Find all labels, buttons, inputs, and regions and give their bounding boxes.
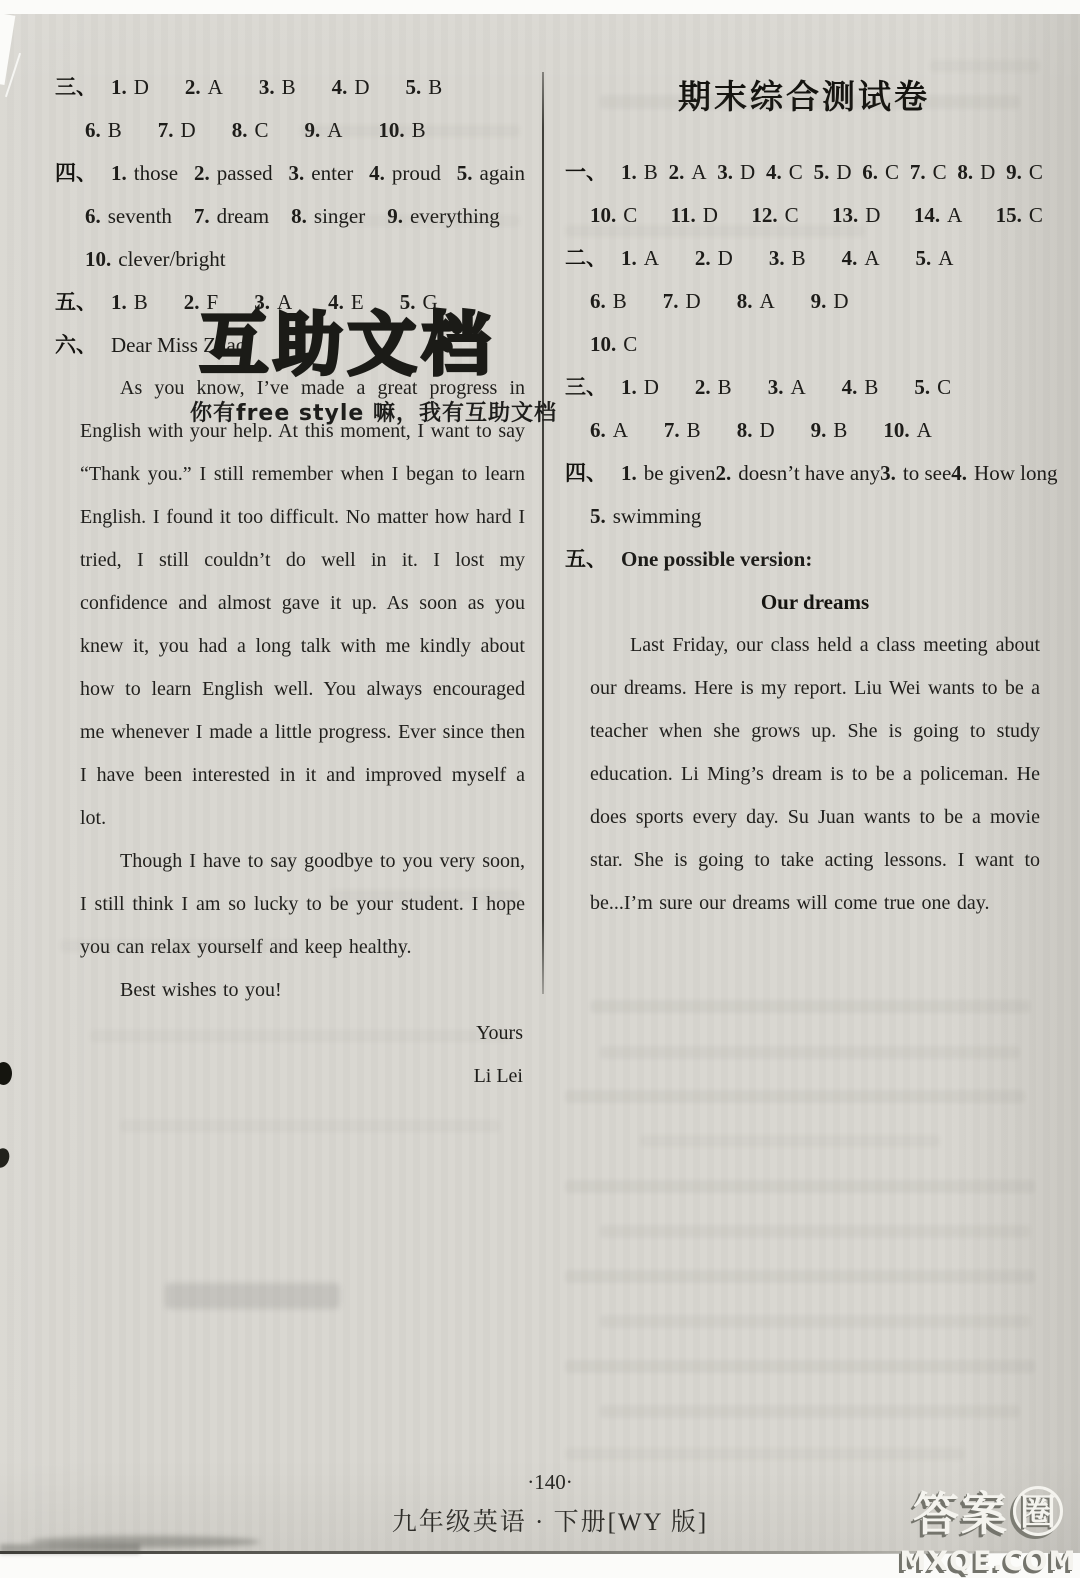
column-divider [542,72,544,994]
right-column: 期末综合测试卷 一、 1.B2.A3.D4.C5.D6.C7.C8.D9.C 1… [565,75,1043,925]
section-marker: 四、 [55,152,97,195]
answer-row: 6.A7.B8.D9.B10.A [565,409,1043,452]
answer-item: 8.C [232,109,269,152]
answer-item: 9.D [811,280,849,323]
bleed-smudge [565,1360,1035,1373]
watermark-title: 互助文档 [200,312,496,380]
answer-items: 1.D2.B3.A4.B5.C [621,366,1043,409]
answer-item: 3.D [717,151,755,194]
page-number: ·140· [490,1470,610,1495]
answer-items: 6.B7.D8.A9.D [590,280,1043,323]
answer-item: 8.D [957,151,995,194]
letter: As you know, I’ve made a great progress … [80,367,525,1098]
answer-item: 9.B [811,409,848,452]
answer-row: 二、 1.A2.D3.B4.A5.A [565,237,1043,280]
answer-item: 7.B [664,409,701,452]
answer-item: 6.B [590,280,627,323]
section-marker: 四、 [565,452,607,495]
answer-item: 6.seventh [85,195,172,238]
book-footer: 九年级英语 · 下册[WY 版] [390,1502,710,1538]
bleed-smudge [600,1315,1030,1328]
answer-item: 10.clever/bright [85,238,226,281]
answer-items: 10.clever/bright [85,238,525,281]
answer-item: 3.A [768,366,806,409]
answer-item: 2.A [185,66,223,109]
letter-signature: Li Lei [80,1055,525,1098]
answer-items: 1.B2.A3.D4.C5.D6.C7.C8.D9.C [621,151,1043,194]
answer-item: 3.B [259,66,296,109]
answer-item: 5.B [406,66,443,109]
section-marker: 五、 [565,538,607,581]
bleed-smudge [565,1180,1035,1193]
answer-item: 1.B [111,281,148,324]
answer-item: 4.proud [369,152,441,195]
answer-item: 1.B [621,151,658,194]
answer-item: 3.enter [289,152,354,195]
bleed-smudge [565,1090,1025,1103]
answer-item: 1.those [111,152,178,195]
bleed-smudge [120,1120,500,1132]
answer-item: 10.A [883,409,931,452]
answer-row: 5.swimming [565,495,1043,538]
answer-item: 5.C [914,366,951,409]
section-marker: 三、 [565,366,607,409]
answer-items: 1.those2.passed3.enter4.proud5.again [111,152,525,195]
answer-row: 一、 1.B2.A3.D4.C5.D6.C7.C8.D9.C [565,151,1043,194]
essay: Our dreams Last Friday, our class held a… [590,581,1040,925]
section-marker: 六、 [55,324,97,367]
answer-row: 10.C [565,323,1043,366]
bleed-smudge [600,1225,1030,1238]
brand-site-url: MXQE.COM [898,1546,1078,1577]
bleed-smudge [300,125,520,137]
answer-items: 1.D2.A3.B4.D5.B [111,66,525,109]
section-marker: 二、 [565,237,607,280]
watermark-tagline: 你有free style 嘛，我有互助文档 [190,396,557,427]
answer-item: 6.B [85,109,122,152]
answer-item: 5.D [814,151,852,194]
answer-item: 8.D [737,409,775,452]
answer-row: 四、 1.be given2.doesn’t have any3.to see4… [565,452,1043,495]
answer-row: 三、 1.D2.A3.B4.D5.B [55,66,525,109]
section-marker: 三、 [55,66,97,109]
bleed-smudge [330,890,520,902]
bleed-smudge [600,1405,1020,1418]
answer-item: 9.C [1006,151,1043,194]
brand-name: 答案 圈 [898,1478,1078,1544]
essay-body: Last Friday, our class held a class meet… [590,624,1040,925]
answer-item: 2.A [669,151,707,194]
answer-item: 4.C [766,151,803,194]
bleed-smudge [600,95,1020,109]
answer-item: 7.C [910,151,947,194]
answer-item: 4.D [332,66,370,109]
answer-row: 五、 One possible version: [565,538,1043,581]
answer-item: 10.C [590,323,637,366]
answer-items: 6.A7.B8.D9.B10.A [590,409,1043,452]
answer-item: 4.B [842,366,879,409]
answer-item: 7.D [158,109,196,152]
bleed-smudge [565,1448,965,1460]
answer-item: 5.swimming [590,495,701,538]
answer-items: 10.C [590,323,1043,366]
answer-item: 1.be given [621,452,715,495]
brand-circled-char: 圈 [1013,1486,1063,1536]
bleed-smudge [590,1000,1030,1013]
answer-items: 5.swimming [590,495,1043,538]
answer-item: 4.How long [951,452,1057,495]
bleed-smudge [165,1283,340,1309]
answer-item: 2.passed [194,152,273,195]
bleed-smudge [60,940,300,952]
answer-item: 15.C [996,194,1043,237]
answer-item: 2.doesn’t have any [715,452,880,495]
possible-version-label: One possible version: [621,538,812,581]
answer-row: 10.clever/bright [55,238,525,281]
bleed-smudge [350,215,520,227]
answer-item: 14.A [914,194,962,237]
answer-row: 6.B7.D8.A9.D [565,280,1043,323]
answer-row: 三、 1.D2.B3.A4.B5.C [565,366,1043,409]
answer-item: 5.A [916,237,954,280]
answer-item: 5.again [457,152,525,195]
answer-items: 1.A2.D3.B4.A5.A [621,237,1043,280]
bleed-smudge [640,1135,940,1147]
bleed-smudge [90,1030,510,1042]
answer-item: 1.D [621,366,659,409]
answer-item: 3.B [769,237,806,280]
essay-title: Our dreams [590,581,1040,624]
bleed-smudge [600,1046,1020,1059]
answer-item: 2.D [695,237,733,280]
bleed-smudge [565,1270,1035,1283]
answer-items: 1.be given2.doesn’t have any3.to see4.Ho… [621,452,1057,495]
answer-item: 3.to see [880,452,951,495]
letter-closing: Best wishes to you! [80,969,525,1012]
scanned-answer-page: 三、 1.D2.A3.B4.D5.B 6.B7.D8.C9.A10.B 四、 1… [0,0,1080,1578]
answer-item: 2.B [695,366,732,409]
letter-paragraph: As you know, I’ve made a great progress … [80,367,525,840]
section-marker: 一、 [565,151,607,194]
answer-item: 8.A [737,280,775,323]
answer-item: 1.A [621,237,659,280]
answer-item: 6.C [862,151,899,194]
answer-item: 1.D [111,66,149,109]
brand-name-text: 答案 [913,1478,1009,1544]
answer-item: 7.dream [194,195,269,238]
bleed-smudge [565,225,865,237]
answer-row: 四、 1.those2.passed3.enter4.proud5.again [55,152,525,195]
brand-watermark: 答案 圈 MXQE.COM [898,1478,1078,1577]
answer-item: 4.A [842,237,880,280]
bleed-smudge [930,60,1040,72]
section-marker: 五、 [55,281,97,324]
answer-item: 6.A [590,409,628,452]
answer-item: 7.D [663,280,701,323]
